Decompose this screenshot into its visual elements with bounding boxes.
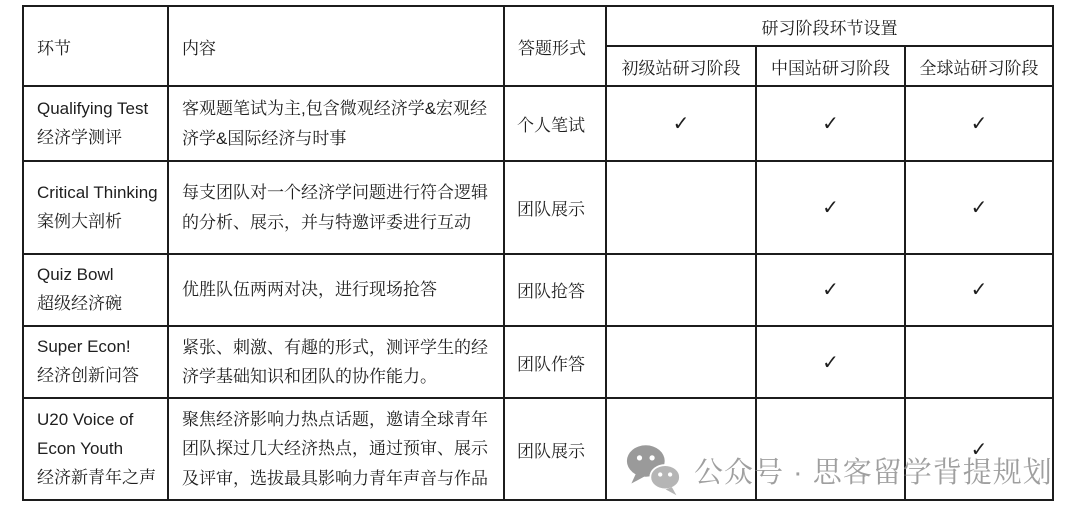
stage-cell: Quiz Bowl 超级经济碗: [23, 254, 168, 326]
format-cell: 团队展示: [504, 398, 606, 500]
header-content: 内容: [168, 6, 504, 86]
stage-name-zh: 案例大剖析: [37, 208, 159, 237]
format-cell: 个人笔试: [504, 86, 606, 161]
check-cell-china: ✓: [756, 161, 905, 254]
table-row-quiz-bowl: Quiz Bowl 超级经济碗 优胜队伍两两对决，进行现场抢答 团队抢答 ✓ ✓: [23, 254, 1053, 326]
stage-name-en: Qualifying Test: [37, 95, 159, 124]
header-stage: 环节: [23, 6, 168, 86]
table-row-u20-voice: U20 Voice of Econ Youth 经济新青年之声 聚焦经济影响力热…: [23, 398, 1053, 500]
content-cell: 每支团队对一个经济学问题进行符合逻辑的分析、展示，并与特邀评委进行互动: [168, 161, 504, 254]
check-cell-junior: ✓: [606, 86, 756, 161]
table-row-critical-thinking: Critical Thinking 案例大剖析 每支团队对一个经济学问题进行符合…: [23, 161, 1053, 254]
stage-cell: Qualifying Test 经济学测评: [23, 86, 168, 161]
stage-cell: Critical Thinking 案例大剖析: [23, 161, 168, 254]
content-cell: 紧张、刺激、有趣的形式，测评学生的经济学基础知识和团队的协作能力。: [168, 326, 504, 398]
check-cell-china: ✓: [756, 326, 905, 398]
page: 环节 内容 答题形式 研习阶段环节设置 初级站研习阶段 中国站研习阶段 全球站研…: [0, 0, 1080, 513]
check-cell-junior: [606, 161, 756, 254]
format-cell: 团队作答: [504, 326, 606, 398]
content-cell: 客观题笔试为主,包含微观经济学&宏观经济学&国际经济与时事: [168, 86, 504, 161]
format-cell: 团队展示: [504, 161, 606, 254]
stage-name-zh: 超级经济碗: [37, 290, 159, 319]
table-row-qualifying-test: Qualifying Test 经济学测评 客观题笔试为主,包含微观经济学&宏观…: [23, 86, 1053, 161]
content-cell: 优胜队伍两两对决，进行现场抢答: [168, 254, 504, 326]
stage-name-zh: 经济学测评: [37, 124, 159, 153]
stage-name-en: U20 Voice of Econ Youth: [37, 406, 159, 464]
stage-name-en: Super Econ!: [37, 333, 159, 362]
check-cell-china: [756, 398, 905, 500]
header-format: 答题形式: [504, 6, 606, 86]
table-row-super-econ: Super Econ! 经济创新问答 紧张、刺激、有趣的形式，测评学生的经济学基…: [23, 326, 1053, 398]
header-phases-group: 研习阶段环节设置: [606, 6, 1053, 46]
check-cell-junior: [606, 326, 756, 398]
check-cell-global: ✓: [905, 254, 1053, 326]
stage-name-zh: 经济新青年之声: [37, 464, 159, 493]
check-cell-china: ✓: [756, 254, 905, 326]
stage-cell: U20 Voice of Econ Youth 经济新青年之声: [23, 398, 168, 500]
check-cell-global: ✓: [905, 398, 1053, 500]
header-phase-junior: 初级站研习阶段: [606, 46, 756, 86]
stage-name-zh: 经济创新问答: [37, 362, 159, 391]
check-cell-global: [905, 326, 1053, 398]
check-cell-china: ✓: [756, 86, 905, 161]
header-phase-global: 全球站研习阶段: [905, 46, 1053, 86]
stage-name-en: Quiz Bowl: [37, 261, 159, 290]
competition-rounds-table: 环节 内容 答题形式 研习阶段环节设置 初级站研习阶段 中国站研习阶段 全球站研…: [22, 5, 1054, 501]
check-cell-junior: [606, 254, 756, 326]
format-cell: 团队抢答: [504, 254, 606, 326]
check-cell-junior: [606, 398, 756, 500]
stage-cell: Super Econ! 经济创新问答: [23, 326, 168, 398]
check-cell-global: ✓: [905, 161, 1053, 254]
header-phase-china: 中国站研习阶段: [756, 46, 905, 86]
stage-name-en: Critical Thinking: [37, 179, 159, 208]
content-cell: 聚焦经济影响力热点话题，邀请全球青年团队探过几大经济热点，通过预审、展示及评审，…: [168, 398, 504, 500]
check-cell-global: ✓: [905, 86, 1053, 161]
